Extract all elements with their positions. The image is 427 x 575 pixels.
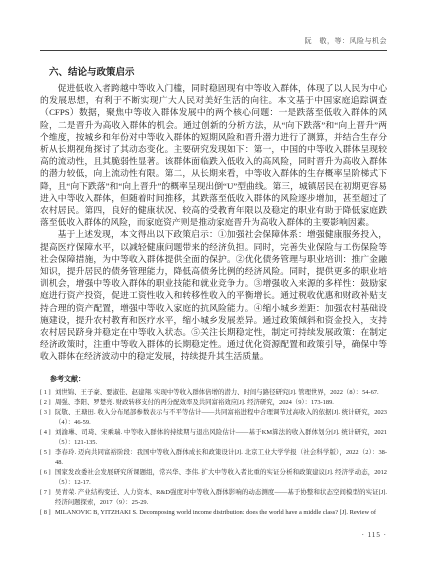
page-number: · 115 · [40,531,387,539]
reference-text: 李春玲. 迈向共同富裕阶段：我国中等收入群体成长和政策设计[J]. 北京工业大学… [55,448,387,468]
reference-text: 刘世锦、王子豪、要淑佳、赵建翔. 实现中等收入群体倍增的潜力、时间与路径研究[J… [55,388,387,398]
reference-text: 阮敬、王瑭田. 收入分布尾部参数表示与不平等估计——共同富裕进程中合理调节过高收… [55,408,387,428]
reference-text: MILANOVIC B, YITZHAKI S. Decomposing wor… [55,508,387,518]
reference-item: [ 7 ] 吴青荣. 产业结构变迁、人力资本、R&D强度对中等收入群体影响的动态… [40,488,387,508]
paper-page: 阮 敬，等：风险与机会 六、结论与政策启示 促进低收入者跨越中等收入门槛，同时稳… [0,0,427,575]
paragraph-conclusion: 促进低收入者跨越中等收入门槛，同时稳固现有中等收入群体，体现了以人民为中心的发展… [40,82,387,228]
reference-marker: [ 7 ] [40,488,55,498]
reference-text: 周强、李阳、罗楚亮. 财政转移支付的再分配效率及共同富裕效应[J]. 经济研究，… [55,398,387,408]
paragraph-policy-implications: 基于上述发现，本文得出以下政策启示：①加强社会保障体系：增强健康服务投入，提高医… [40,228,387,362]
reference-text: 刘渝琳、司琦、宋乘瑞. 中等收入群体的持续期与退出风险估计——基于KM算法的收入… [55,428,387,448]
reference-item: [ 8 ] MILANOVIC B, YITZHAKI S. Decomposi… [40,508,387,518]
reference-marker: [ 6 ] [40,468,55,478]
reference-marker: [ 4 ] [40,428,55,438]
reference-item: [ 1 ] 刘世锦、王子豪、要淑佳、赵建翔. 实现中等收入群体倍增的潜力、时间与… [40,388,387,398]
running-header: 阮 敬，等：风险与机会 [40,36,387,51]
references-heading: 参考文献： [40,374,387,384]
reference-marker: [ 3 ] [40,408,55,418]
section-heading: 六、结论与政策启示 [40,64,387,78]
reference-marker: [ 2 ] [40,398,55,408]
reference-text: 国家发改委社会发展研究所课题组，常兴华、李伟. 扩大中等收入者比重的实证分析和政… [55,468,387,488]
running-title: 阮 敬，等：风险与机会 [305,37,388,45]
reference-item: [ 6 ] 国家发改委社会发展研究所课题组，常兴华、李伟. 扩大中等收入者比重的… [40,468,387,488]
reference-item: [ 5 ] 李春玲. 迈向共同富裕阶段：我国中等收入群体成长和政策设计[J]. … [40,448,387,468]
reference-marker: [ 8 ] [40,508,55,518]
reference-item: [ 3 ] 阮敬、王瑭田. 收入分布尾部参数表示与不平等估计——共同富裕进程中合… [40,408,387,428]
reference-item: [ 2 ] 周强、李阳、罗楚亮. 财政转移支付的再分配效率及共同富裕效应[J].… [40,398,387,408]
reference-marker: [ 5 ] [40,448,55,458]
reference-text: 吴青荣. 产业结构变迁、人力资本、R&D强度对中等收入群体影响的动态测度——基于… [55,488,387,508]
references-list: [ 1 ] 刘世锦、王子豪、要淑佳、赵建翔. 实现中等收入群体倍增的潜力、时间与… [40,388,387,518]
reference-marker: [ 1 ] [40,388,55,398]
reference-item: [ 4 ] 刘渝琳、司琦、宋乘瑞. 中等收入群体的持续期与退出风险估计——基于K… [40,428,387,448]
